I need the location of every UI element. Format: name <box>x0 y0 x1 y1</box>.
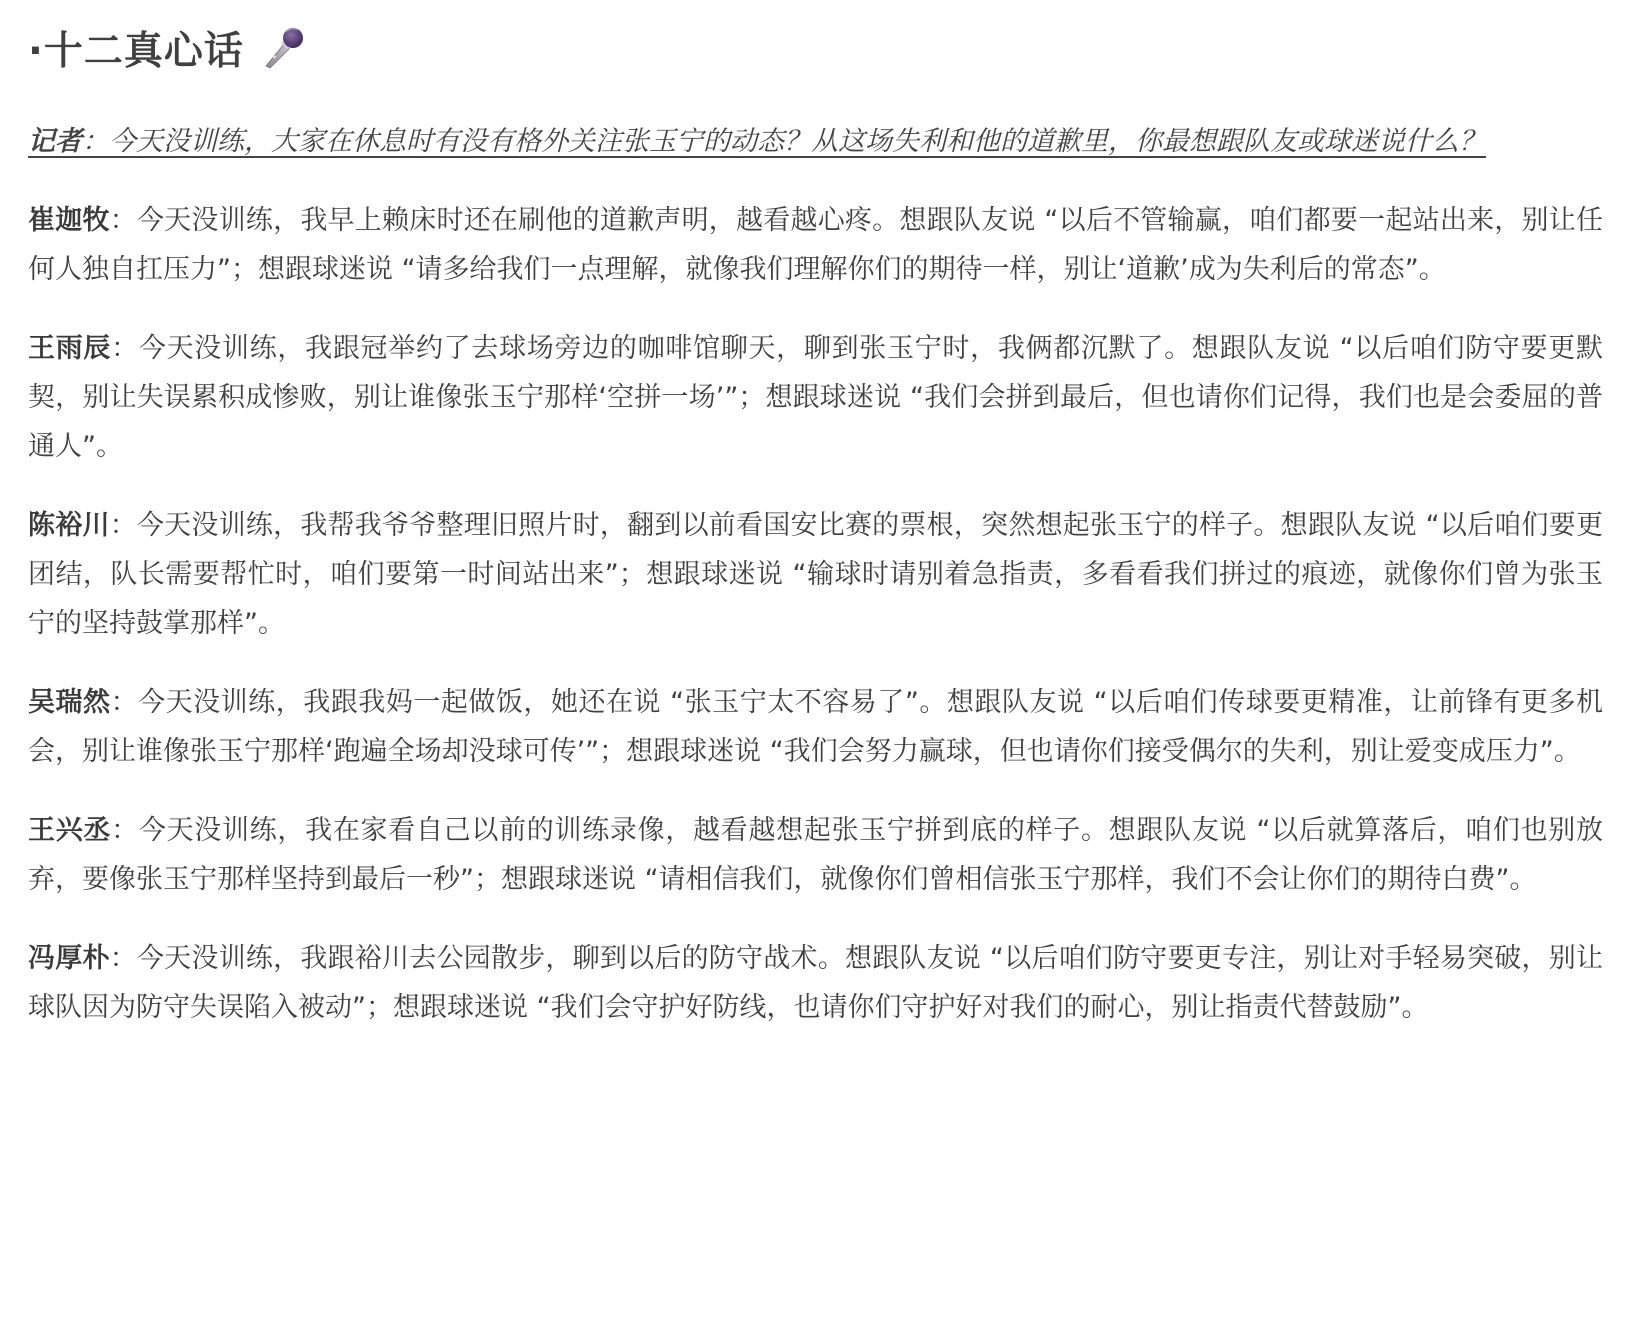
question-label: 记者 <box>28 126 82 157</box>
microphone-icon <box>262 26 306 70</box>
speaker-separator: ： <box>110 510 137 541</box>
question-text: 今天没训练，大家在休息时有没有格外关注张玉宁的动态？从这场失利和他的道歉里，你最… <box>109 126 1486 157</box>
speaker-name: 王雨辰 <box>28 333 111 364</box>
speaker-name: 崔迦牧 <box>28 205 110 236</box>
speaker-separator: ： <box>111 687 139 718</box>
answer-paragraph: 冯厚朴：今天没训练，我跟裕川去公园散步，聊到以后的防守战术。想跟队友说 “以后咱… <box>28 934 1603 1032</box>
speaker-separator: ： <box>111 815 139 846</box>
answer-text: 今天没训练，我跟裕川去公园散步，聊到以后的防守战术。想跟队友说 “以后咱们防守要… <box>28 943 1603 1023</box>
answer-text: 今天没训练，我跟我妈一起做饭，她还在说 “张玉宁太不容易了”。想跟队友说 “以后… <box>28 687 1603 767</box>
article-body: ·十二真心话 <box>0 0 1600 1032</box>
answer-text: 今天没训练，我帮我爷爷整理旧照片时，翻到以前看国安比赛的票根，突然想起张玉宁的样… <box>28 510 1603 639</box>
answer-text: 今天没训练，我跟冠举约了去球场旁边的咖啡馆聊天，聊到张玉宁时，我俩都沉默了。想跟… <box>28 333 1603 462</box>
speaker-separator: ： <box>110 205 137 236</box>
answer-paragraph: 崔迦牧：今天没训练，我早上赖床时还在刷他的道歉声明，越看越心疼。想跟队友说 “以… <box>28 196 1603 294</box>
speaker-name: 冯厚朴 <box>28 943 110 974</box>
question-separator: ： <box>82 126 109 157</box>
reporter-question: 记者：今天没训练，大家在休息时有没有格外关注张玉宁的动态？从这场失利和他的道歉里… <box>28 116 1588 167</box>
speaker-name: 吴瑞然 <box>28 687 111 718</box>
speaker-separator: ： <box>111 333 139 364</box>
speaker-name: 王兴丞 <box>28 815 111 846</box>
section-title-text: ·十二真心话 <box>28 20 244 76</box>
answer-text: 今天没训练，我早上赖床时还在刷他的道歉声明，越看越心疼。想跟队友说 “以后不管输… <box>28 205 1603 285</box>
answer-paragraph: 陈裕川：今天没训练，我帮我爷爷整理旧照片时，翻到以前看国安比赛的票根，突然想起张… <box>28 501 1603 648</box>
answer-paragraph: 吴瑞然：今天没训练，我跟我妈一起做饭，她还在说 “张玉宁太不容易了”。想跟队友说… <box>28 678 1603 776</box>
section-title: ·十二真心话 <box>28 18 1600 78</box>
speaker-name: 陈裕川 <box>28 510 110 541</box>
answer-paragraph: 王雨辰：今天没训练，我跟冠举约了去球场旁边的咖啡馆聊天，聊到张玉宁时，我俩都沉默… <box>28 324 1603 471</box>
answer-paragraph: 王兴丞：今天没训练，我在家看自己以前的训练录像，越看越想起张玉宁拼到底的样子。想… <box>28 806 1603 904</box>
speaker-separator: ： <box>110 943 137 974</box>
answer-text: 今天没训练，我在家看自己以前的训练录像，越看越想起张玉宁拼到底的样子。想跟队友说… <box>28 815 1603 895</box>
